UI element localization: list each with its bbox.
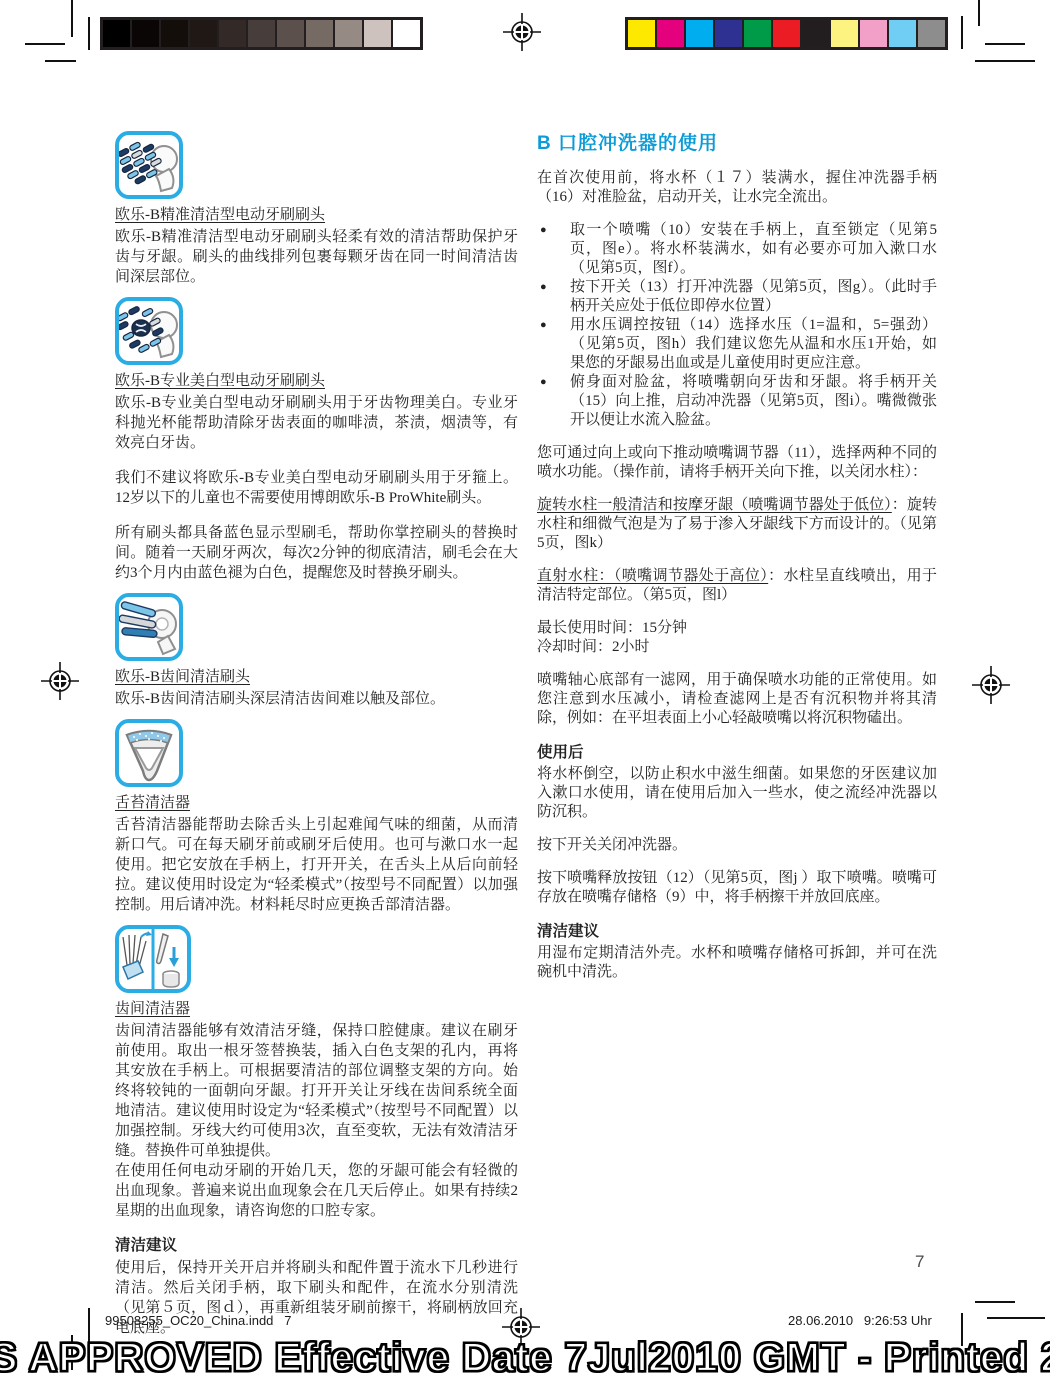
paragraph: 我们不建议将欧乐-B专业美白型电动牙刷刷头用于牙箍上。12岁以下的儿童也不需要使… <box>115 468 518 508</box>
jet-selector-paragraph: 您可通过向上或向下推动喷嘴调节器（11），选择两种不同的喷水功能。（操作前，请将… <box>537 444 937 482</box>
registration-mark-icon <box>503 13 541 51</box>
left-column: 欧乐-B精准清洁型电动牙刷刷头 欧乐-B精准清洁型电动牙刷刷头轻柔有效的清洁帮助… <box>115 131 518 1348</box>
paragraph: 欧乐-B齿间清洁刷头深层清洁齿间难以触及部位。 <box>115 689 518 709</box>
section-title: 欧乐-B齿间清洁刷头 <box>115 667 518 688</box>
crop-mark <box>985 43 1025 45</box>
section-title: 舌苔清洁器 <box>115 793 518 814</box>
nozzle-removal-paragraph: 按下喷嘴释放按钮（12）（见第5页，图j ）取下喷嘴。喷嘴可存放在喷嘴存储格（9… <box>537 869 937 907</box>
gray-swatch <box>219 20 248 47</box>
after-use-paragraph: 将水杯倒空，以防止积水中滋生细菌。如果您的牙医建议加入漱口水使用，请在使用后加入… <box>537 765 937 822</box>
crop-mark <box>25 43 65 45</box>
pro-white-brush-head-icon <box>115 297 183 365</box>
paragraph: 欧乐-B精准清洁型电动牙刷刷头轻柔有效的清洁帮助保护牙齿与牙龈。刷头的曲线排列包… <box>115 227 518 287</box>
grayscale-calibration-bar <box>100 17 423 50</box>
color-swatch <box>715 20 744 47</box>
right-column: B 口腔冲洗器的使用 在首次使用前，将水杯（１７）装满水，握住冲洗器手柄（16）… <box>537 131 937 996</box>
section-pro-white: 欧乐-B专业美白型电动牙刷刷头 欧乐-B专业美白型电动牙刷刷头用于牙齿物理美白。… <box>115 297 518 583</box>
crop-mark <box>975 1301 1015 1303</box>
tongue-cleaner-icon <box>115 719 183 787</box>
bullet-icon: ● <box>537 278 570 316</box>
filter-note-paragraph: 喷嘴轴心底部有一滤网，用于确保喷水功能的正常使用。如您注意到水压减小，请检查滤网… <box>537 671 937 728</box>
footer-file-info: 99508255_OC20_China.indd 7 <box>105 1313 291 1328</box>
bullet-icon: ● <box>537 373 570 430</box>
approval-banner: S APPROVED Effective Date 7Jul2010 GMT -… <box>0 1334 1050 1381</box>
paragraph: 所有刷头都具备蓝色显示型刷毛，帮助你掌控刷头的替换时间。随着一天刷牙两次，每次2… <box>115 523 518 583</box>
color-swatch <box>860 20 889 47</box>
section-interdental-cleaner: 齿间清洁器 齿间清洁器能够有效清洁牙缝，保持口腔健康。建议在刷牙前使用。取出一根… <box>115 925 518 1221</box>
cooldown-time: 冷却时间：2小时 <box>537 638 937 657</box>
paragraph: 齿间清洁器能够有效清洁牙缝，保持口腔健康。建议在刷牙前使用。取出一根牙签替换装，… <box>115 1021 518 1161</box>
color-swatch <box>628 20 657 47</box>
crop-mark <box>45 60 76 62</box>
section-interdental-brush: 欧乐-B齿间清洁刷头 欧乐-B齿间清洁刷头深层清洁齿间难以触及部位。 <box>115 593 518 709</box>
crop-mark <box>978 0 980 26</box>
gray-swatch <box>190 20 219 47</box>
section-precision-clean: 欧乐-B精准清洁型电动牙刷刷头 欧乐-B精准清洁型电动牙刷刷头轻柔有效的清洁帮助… <box>115 131 518 287</box>
manual-page: 欧乐-B精准清洁型电动牙刷刷头 欧乐-B精准清洁型电动牙刷刷头轻柔有效的清洁帮助… <box>0 0 1050 1381</box>
paragraph: 在使用任何电动牙刷的开始几天，您的牙龈可能会有轻微的出血现象。普遍来说出血现象会… <box>115 1161 518 1221</box>
gray-swatch <box>364 20 393 47</box>
crop-mark <box>975 60 1035 62</box>
list-item: ● 俯身面对脸盆，将喷嘴朝向牙齿和牙龈。将手柄开关（15）向上推，启动冲洗器（见… <box>537 373 937 430</box>
footer-timestamp: 28.06.2010 9:26:53 Uhr <box>788 1313 932 1328</box>
precision-clean-brush-head-icon <box>115 131 183 199</box>
section-title: 欧乐-B专业美白型电动牙刷刷头 <box>115 371 518 392</box>
crop-mark <box>987 1317 1045 1319</box>
gray-swatch <box>161 20 190 47</box>
gray-swatch <box>132 20 161 47</box>
gray-swatch <box>277 20 306 47</box>
cleaning-advice-paragraph: 用湿布定期清洁外壳。水杯和喷嘴存储格可拆卸，并可在洗碗机中清洗。 <box>537 944 937 982</box>
list-item: ● 按下开关（13）打开冲洗器（见第5页，图g）。（此时手柄开关应处于低位即停水… <box>537 278 937 316</box>
cleaning-advice-title: 清洁建议 <box>537 921 937 942</box>
list-item: ● 用水压调控按钮（14）选择水压（1=温和，5=强劲）（见第5页，图h）我们建… <box>537 316 937 373</box>
bullet-icon: ● <box>537 221 570 278</box>
color-swatch <box>773 20 802 47</box>
gray-swatch <box>393 20 420 47</box>
after-use-title: 使用后 <box>537 742 937 763</box>
gray-swatch <box>306 20 335 47</box>
color-swatch <box>889 20 918 47</box>
section-title: 齿间清洁器 <box>115 999 518 1020</box>
gray-swatch <box>335 20 364 47</box>
crop-mark <box>961 16 963 49</box>
registration-mark-icon <box>972 666 1010 704</box>
switch-off-paragraph: 按下开关关闭冲洗器。 <box>537 836 937 855</box>
paragraph: 欧乐-B专业美白型电动牙刷刷头用于牙齿物理美白。专业牙科抛光杯能帮助清除牙齿表面… <box>115 393 518 453</box>
rotating-jet-paragraph: 旋转水柱一般清洁和按摩牙龈（喷嘴调节器处于低位）：旋转水柱和细微气泡是为了易于渗… <box>537 496 937 553</box>
section-title: 欧乐-B精准清洁型电动牙刷刷头 <box>115 205 518 226</box>
crop-mark <box>88 17 90 50</box>
list-item: ● 取一个喷嘴（10）安装在手柄上，直至锁定（见第5页，图e）。将水杯装满水，如… <box>537 221 937 278</box>
bullet-list: ● 取一个喷嘴（10）安装在手柄上，直至锁定（见第5页，图e）。将水杯装满水，如… <box>537 221 937 430</box>
color-swatch <box>918 20 945 47</box>
rotating-jet-label: 旋转水柱一般清洁和按摩牙龈（喷嘴调节器处于低位） <box>537 497 892 513</box>
cleaning-advice-title: 清洁建议 <box>115 1235 518 1256</box>
interdental-brush-head-icon <box>115 593 183 661</box>
section-tongue-cleaner: 舌苔清洁器 舌苔清洁器能帮助去除舌头上引起难闻气味的细菌，从而清新口气。可在每天… <box>115 719 518 915</box>
color-swatch <box>657 20 686 47</box>
straight-jet-paragraph: 直射水柱：（喷嘴调节器处于高位）：水柱呈直线喷出，用于清洁特定部位。（第5页，图… <box>537 567 937 605</box>
registration-mark-icon <box>41 662 79 700</box>
intro-paragraph: 在首次使用前，将水杯（１７）装满水，握住冲洗器手柄（16）对准脸盆，启动开关，让… <box>537 169 937 207</box>
crop-mark <box>71 0 73 37</box>
color-swatch <box>831 20 860 47</box>
bullet-icon: ● <box>537 316 570 373</box>
max-usage-time: 最长使用时间：15分钟 <box>537 619 937 638</box>
color-swatch <box>802 20 831 47</box>
color-swatch <box>744 20 773 47</box>
gray-swatch <box>248 20 277 47</box>
color-calibration-bar <box>625 17 948 50</box>
page-number: 7 <box>915 1252 924 1272</box>
straight-jet-label: 直射水柱：（喷嘴调节器处于高位） <box>537 568 768 584</box>
gray-swatch <box>103 20 132 47</box>
color-swatch <box>686 20 715 47</box>
paragraph: 舌苔清洁器能帮助去除舌头上引起难闻气味的细菌，从而清新口气。可在每天刷牙前或刷牙… <box>115 815 518 915</box>
section-heading: B 口腔冲洗器的使用 <box>537 131 937 157</box>
interdental-cleaner-icon <box>115 925 191 993</box>
